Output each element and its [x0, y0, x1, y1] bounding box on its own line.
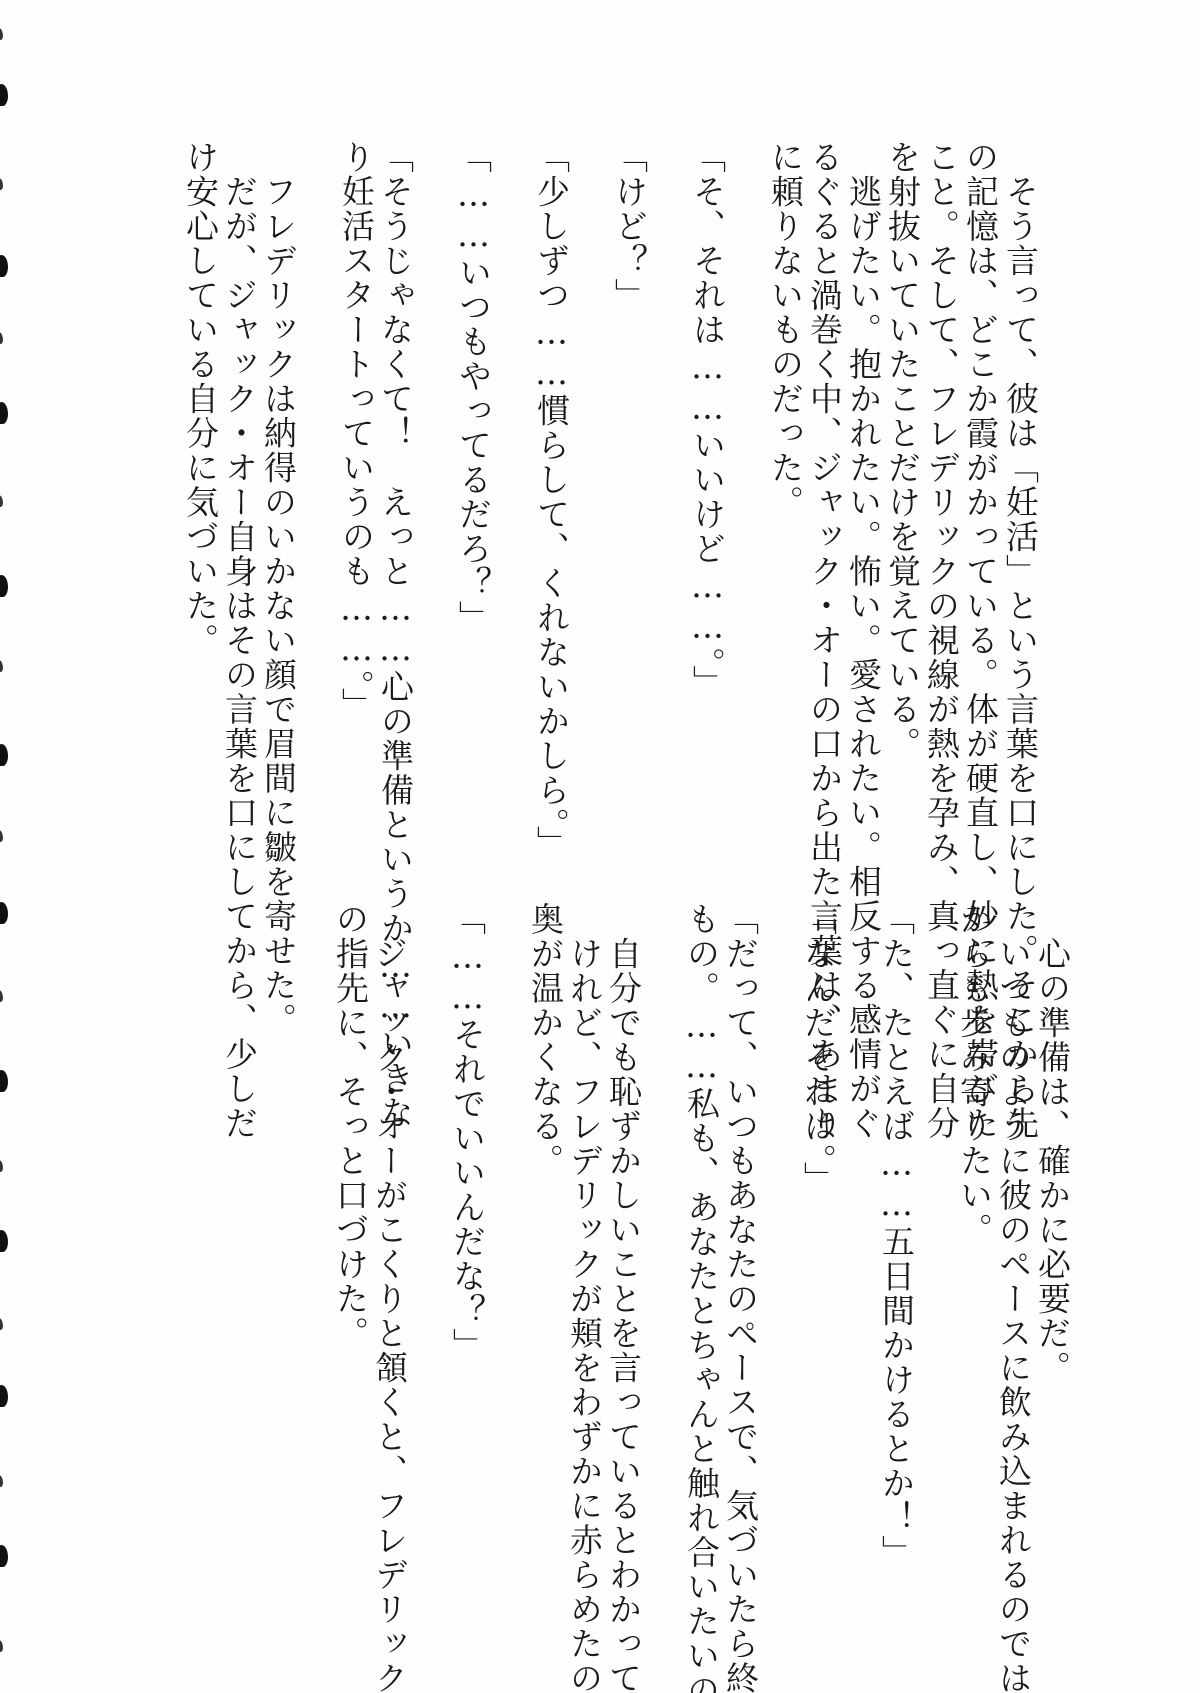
text-line: を射抜いていたことだけを覚えている。: [882, 140, 922, 820]
dialogue-line: 「た、たとえば……五日間かけるとか！」: [876, 902, 916, 1582]
text-line: こと。そして、フレデリックの視線が熱を孕み、真っ直ぐに自分: [921, 140, 961, 820]
dialogue-line: 「そうじゃなくて！ えっと……心の準備というか……いきな: [375, 140, 415, 820]
binding-edge-scan-marks: [0, 0, 16, 1693]
text-line: けれど、フレデリックが頬をわずかに赤らめたのを見て、胸の: [564, 902, 604, 1582]
dialogue-line: 「……いつもやってるだろ？」: [453, 140, 493, 820]
text-line: ジャック・オーがこくりと頷くと、フレデリックは掴んだまま: [369, 902, 409, 1582]
text-line: 奥が温かくなる。: [525, 902, 565, 1582]
dialogue-line: 「けど？」: [609, 140, 649, 820]
text-line: の記憶は、どこか霞がかっている。体が硬直し、妙に熱を帯びた: [960, 140, 1000, 820]
dialogue-line: 「……それでいいんだな？」: [447, 902, 487, 1582]
text-line: るぐると渦巻く中、ジャック・オーの口から出た言葉は、あまり: [804, 140, 844, 820]
text-line: そう言って、彼は「妊活」という言葉を口にした。そこから先: [1000, 140, 1040, 820]
dialogue-line: 「なんだそれは。」: [798, 902, 838, 1582]
text-line: いつものように彼のペースに飲み込まれるのではなく、自分: [993, 902, 1033, 1582]
text-line: に頼りないものだった。: [765, 140, 805, 820]
dialogue-line: もの。……私も、あなたとちゃんと触れ合いたいの。」: [681, 902, 721, 1582]
novel-page: そう言って、彼は「妊活」という言葉を口にした。そこから先 の記憶は、どこか霞がか…: [0, 0, 1200, 1693]
dialogue-line: 「少しずつ……慣らして、くれないかしら。」: [531, 140, 571, 820]
text-line: だが、ジャック・オー自身はその言葉を口にしてから、少しだ: [219, 140, 259, 820]
text-line: の指先に、そっと口づけた。: [330, 902, 370, 1582]
dialogue-line: り妊活スタートっていうのも……。」: [336, 140, 376, 820]
dialogue-line: 「だって、いつもあなたのペースで、気づいたら終わってるんだ: [720, 902, 760, 1582]
text-line: 心の準備は、確かに必要だ。: [1032, 902, 1072, 1582]
text-line: 逃げたい。抱かれたい。怖い。愛されたい。相反する感情がぐ: [843, 140, 883, 820]
text-line: からも歩み寄りたい。: [954, 902, 994, 1582]
text-line: フレデリックは納得のいかない顔で眉間に皺を寄せた。: [258, 140, 298, 820]
text-line: 自分でも恥ずかしいことを言っているとわかっていた。: [603, 902, 643, 1582]
text-line: け安心している自分に気づいた。: [180, 140, 220, 820]
dialogue-line: 「そ、それは……いいけど……。」: [687, 140, 727, 820]
